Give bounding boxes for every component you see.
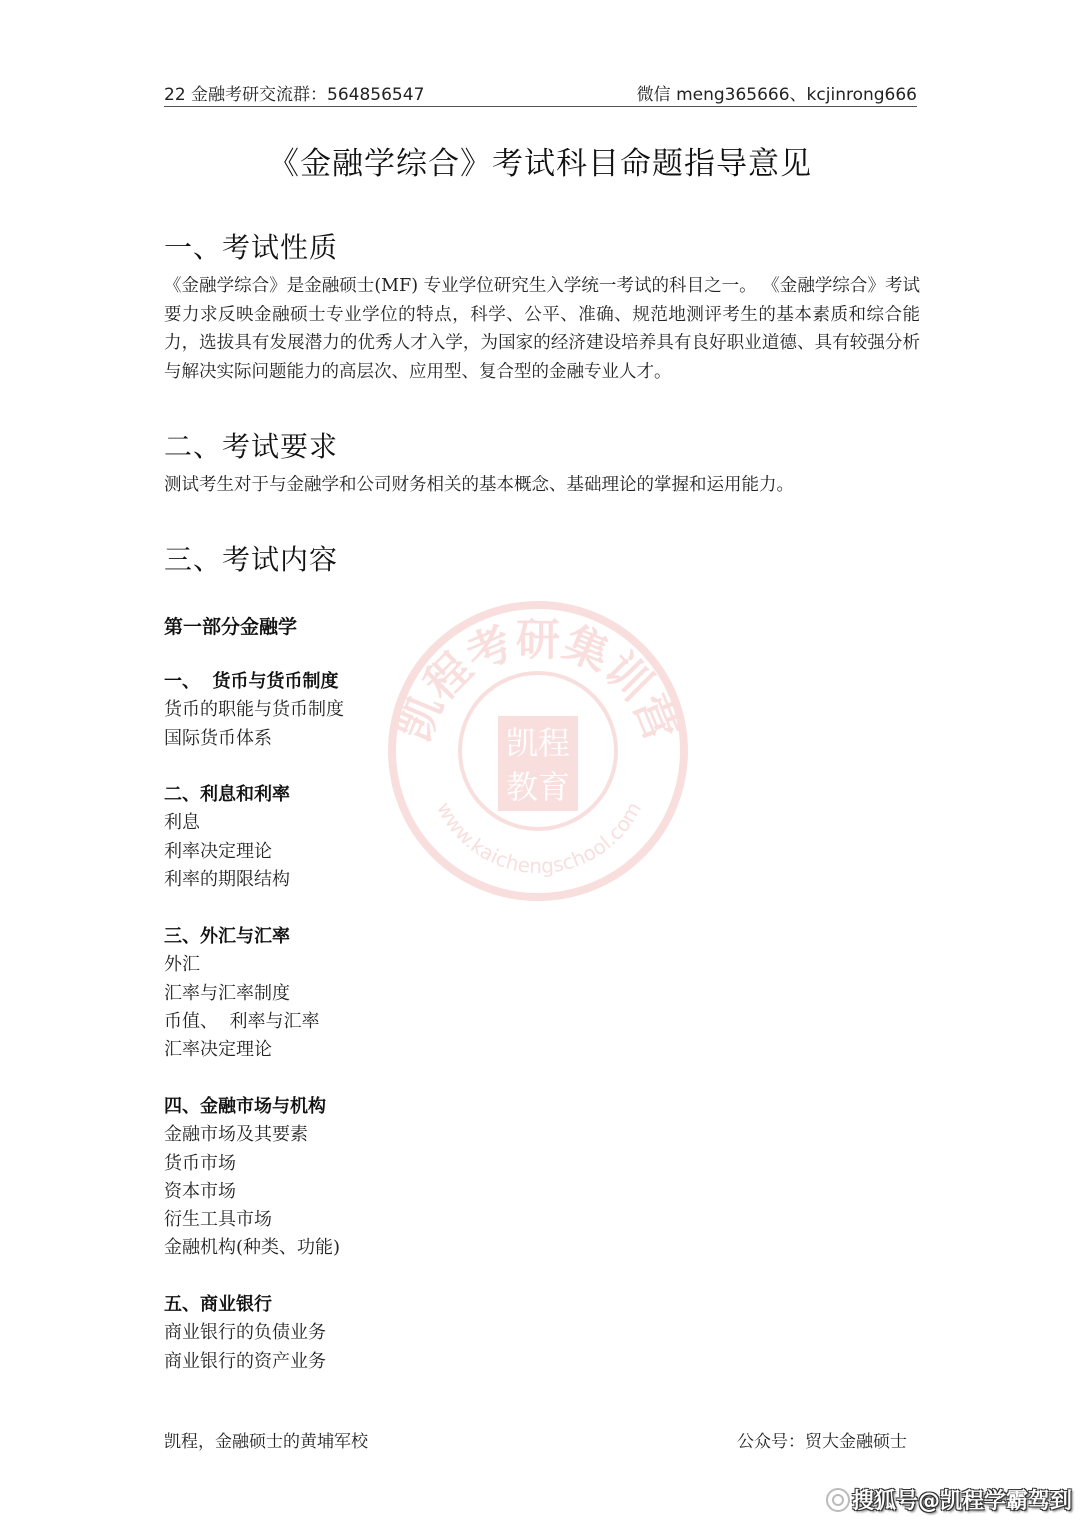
chapter-item: 外汇 (164, 951, 319, 979)
chapter-item: 利率的期限结构 (164, 866, 290, 894)
stamp-watermark: 凯程考研集训营 www.kaichengschool.com 凯程 教育 (388, 596, 688, 906)
chapter-title: 三、外汇与汇率 (164, 923, 319, 951)
chapter-title: 五、商业银行 (164, 1291, 326, 1319)
section-body-requirements: 测试考生对于与金融学和公司财务相关的基本概念、基础理论的掌握和运用能力。 (164, 471, 920, 500)
chapter-item: 商业银行的负债业务 (164, 1319, 326, 1347)
sohu-logo-icon (826, 1488, 850, 1512)
chapter-title: 一、 货币与货币制度 (164, 668, 344, 696)
sohu-watermark: 搜狐号@凯程学霸驾到 (826, 1484, 1072, 1515)
page-header: 22 金融考研交流群：564856547 微信 meng365666、kcjin… (164, 78, 917, 107)
footer-official-account: 公众号：贸大金融硕士 (737, 1427, 907, 1452)
chapter-item: 商业银行的资产业务 (164, 1348, 326, 1376)
chapter-title: 四、金融市场与机构 (164, 1093, 340, 1121)
svg-text:www.kaichengschool.com: www.kaichengschool.com (432, 798, 646, 878)
section-body-nature: 《金融学综合》是金融硕士(MF) 专业学位研究生入学统一考试的科目之一。 《金融… (164, 272, 920, 386)
chapter-item: 利率决定理论 (164, 838, 290, 866)
chapter-1: 一、 货币与货币制度 货币的职能与货币制度 国际货币体系 (164, 668, 344, 753)
sohu-watermark-text: 搜狐号@凯程学霸驾到 (852, 1484, 1072, 1515)
section-heading-nature: 一、考试性质 (164, 226, 338, 266)
svg-text:教育: 教育 (506, 768, 570, 806)
chapter-3: 三、外汇与汇率 外汇 汇率与汇率制度 币值、 利率与汇率 汇率决定理论 (164, 923, 319, 1064)
part-heading: 第一部分金融学 (164, 612, 297, 639)
footer-slogan: 凯程，金融硕士的黄埔军校 (164, 1427, 368, 1452)
section-heading-requirements: 二、考试要求 (164, 425, 338, 465)
chapter-5: 五、商业银行 商业银行的负债业务 商业银行的资产业务 (164, 1291, 326, 1376)
chapter-item: 国际货币体系 (164, 725, 344, 753)
chapter-item: 金融机构(种类、功能) (164, 1234, 340, 1262)
svg-text:凯程考研集训营: 凯程考研集训营 (389, 614, 687, 748)
chapter-item: 汇率决定理论 (164, 1036, 319, 1064)
chapter-item: 利息 (164, 809, 290, 837)
chapter-4: 四、金融市场与机构 金融市场及其要素 货币市场 资本市场 衍生工具市场 金融机构… (164, 1093, 340, 1263)
chapter-item: 衍生工具市场 (164, 1206, 340, 1234)
chapter-2: 二、利息和利率 利息 利率决定理论 利率的期限结构 (164, 781, 290, 894)
chapter-item: 资本市场 (164, 1178, 340, 1206)
chapter-item: 币值、 利率与汇率 (164, 1008, 319, 1036)
chapter-item: 货币的职能与货币制度 (164, 696, 344, 724)
header-wechat: 微信 meng365666、kcjinrong666 (637, 80, 917, 105)
document-title: 《金融学综合》考试科目命题指导意见 (0, 138, 1080, 183)
section-heading-content: 三、考试内容 (164, 538, 338, 578)
header-qq-group: 22 金融考研交流群：564856547 (164, 80, 424, 105)
chapter-title: 二、利息和利率 (164, 781, 290, 809)
chapter-item: 汇率与汇率制度 (164, 980, 319, 1008)
chapter-item: 金融市场及其要素 (164, 1121, 340, 1149)
svg-text:凯程: 凯程 (506, 724, 570, 762)
chapter-item: 货币市场 (164, 1150, 340, 1178)
